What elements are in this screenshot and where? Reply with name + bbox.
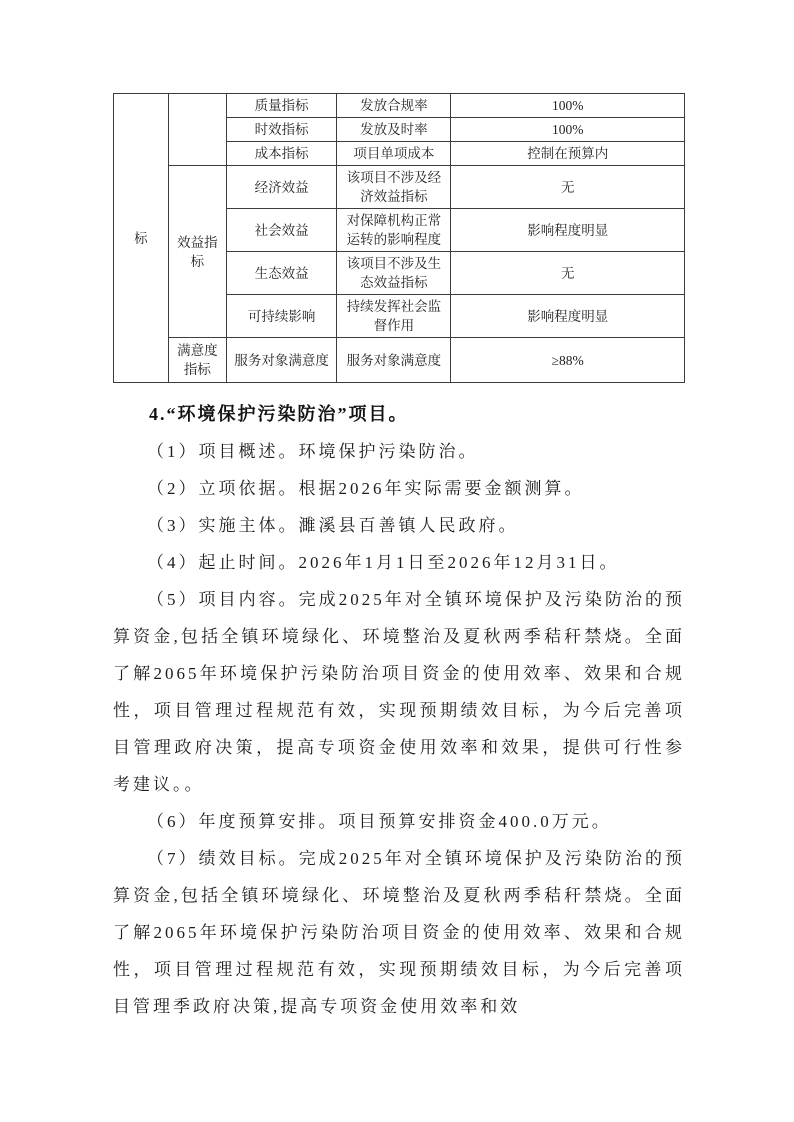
cell-indicator: 可持续影响 — [227, 295, 337, 338]
cell-detail: 项目单项成本 — [337, 142, 451, 166]
cell-value: 影响程度明显 — [451, 295, 685, 338]
cell-detail: 该项目不涉及经济效益指标 — [337, 166, 451, 209]
cell-detail: 该项目不涉及生态效益指标 — [337, 252, 451, 295]
cell-stub-label: 标 — [114, 94, 169, 383]
cell-value: 无 — [451, 166, 685, 209]
cell-detail: 服务对象满意度 — [337, 338, 451, 383]
cell-detail: 发放及时率 — [337, 118, 451, 142]
cell-indicator: 质量指标 — [227, 94, 337, 118]
cell-value: ≥88% — [451, 338, 685, 383]
cell-group-carryover — [168, 94, 226, 166]
cell-group-satisfaction: 满意度指标 — [168, 338, 226, 383]
cell-detail: 对保障机构正常运转的影响程度 — [337, 209, 451, 252]
paragraph-time-span: （4）起止时间。2026年1月1日至2026年12月31日。 — [113, 544, 685, 581]
cell-indicator: 服务对象满意度 — [227, 338, 337, 383]
cell-indicator: 生态效益 — [227, 252, 337, 295]
paragraph-performance-goal: （7）绩效目标。完成2025年对全镇环境保护及污染防治的预算资金,包括全镇环境绿… — [113, 840, 685, 1025]
performance-indicator-table: 标 质量指标 发放合规率 100% 时效指标 发放及时率 100% 成本指标 项… — [113, 93, 685, 383]
section-body: 4.“环境保护污染防治”项目。 （1）项目概述。环境保护污染防治。 （2）立项依… — [113, 396, 685, 1025]
document-page: 标 质量指标 发放合规率 100% 时效指标 发放及时率 100% 成本指标 项… — [0, 0, 794, 1122]
cell-value: 100% — [451, 118, 685, 142]
section-heading: 4.“环境保护污染防治”项目。 — [113, 396, 685, 433]
table-row: 满意度指标 服务对象满意度 服务对象满意度 ≥88% — [114, 338, 685, 383]
cell-value: 影响程度明显 — [451, 209, 685, 252]
paragraph-approval-basis: （2）立项依据。根据2026年实际需要金额测算。 — [113, 470, 685, 507]
cell-value: 无 — [451, 252, 685, 295]
paragraph-project-overview: （1）项目概述。环境保护污染防治。 — [113, 433, 685, 470]
paragraph-project-content: （5）项目内容。完成2025年对全镇环境保护及污染防治的预算资金,包括全镇环境绿… — [113, 581, 685, 803]
paragraph-annual-budget: （6）年度预算安排。项目预算安排资金400.0万元。 — [113, 803, 685, 840]
paragraph-implementing-body: （3）实施主体。濉溪县百善镇人民政府。 — [113, 507, 685, 544]
cell-detail: 发放合规率 — [337, 94, 451, 118]
cell-group-benefit: 效益指标 — [168, 166, 226, 338]
cell-indicator: 社会效益 — [227, 209, 337, 252]
table-row: 效益指标 经济效益 该项目不涉及经济效益指标 无 — [114, 166, 685, 209]
cell-indicator: 经济效益 — [227, 166, 337, 209]
cell-value: 控制在预算内 — [451, 142, 685, 166]
cell-value: 100% — [451, 94, 685, 118]
cell-indicator: 时效指标 — [227, 118, 337, 142]
cell-detail: 持续发挥社会监督作用 — [337, 295, 451, 338]
table-row: 标 质量指标 发放合规率 100% — [114, 94, 685, 118]
cell-indicator: 成本指标 — [227, 142, 337, 166]
